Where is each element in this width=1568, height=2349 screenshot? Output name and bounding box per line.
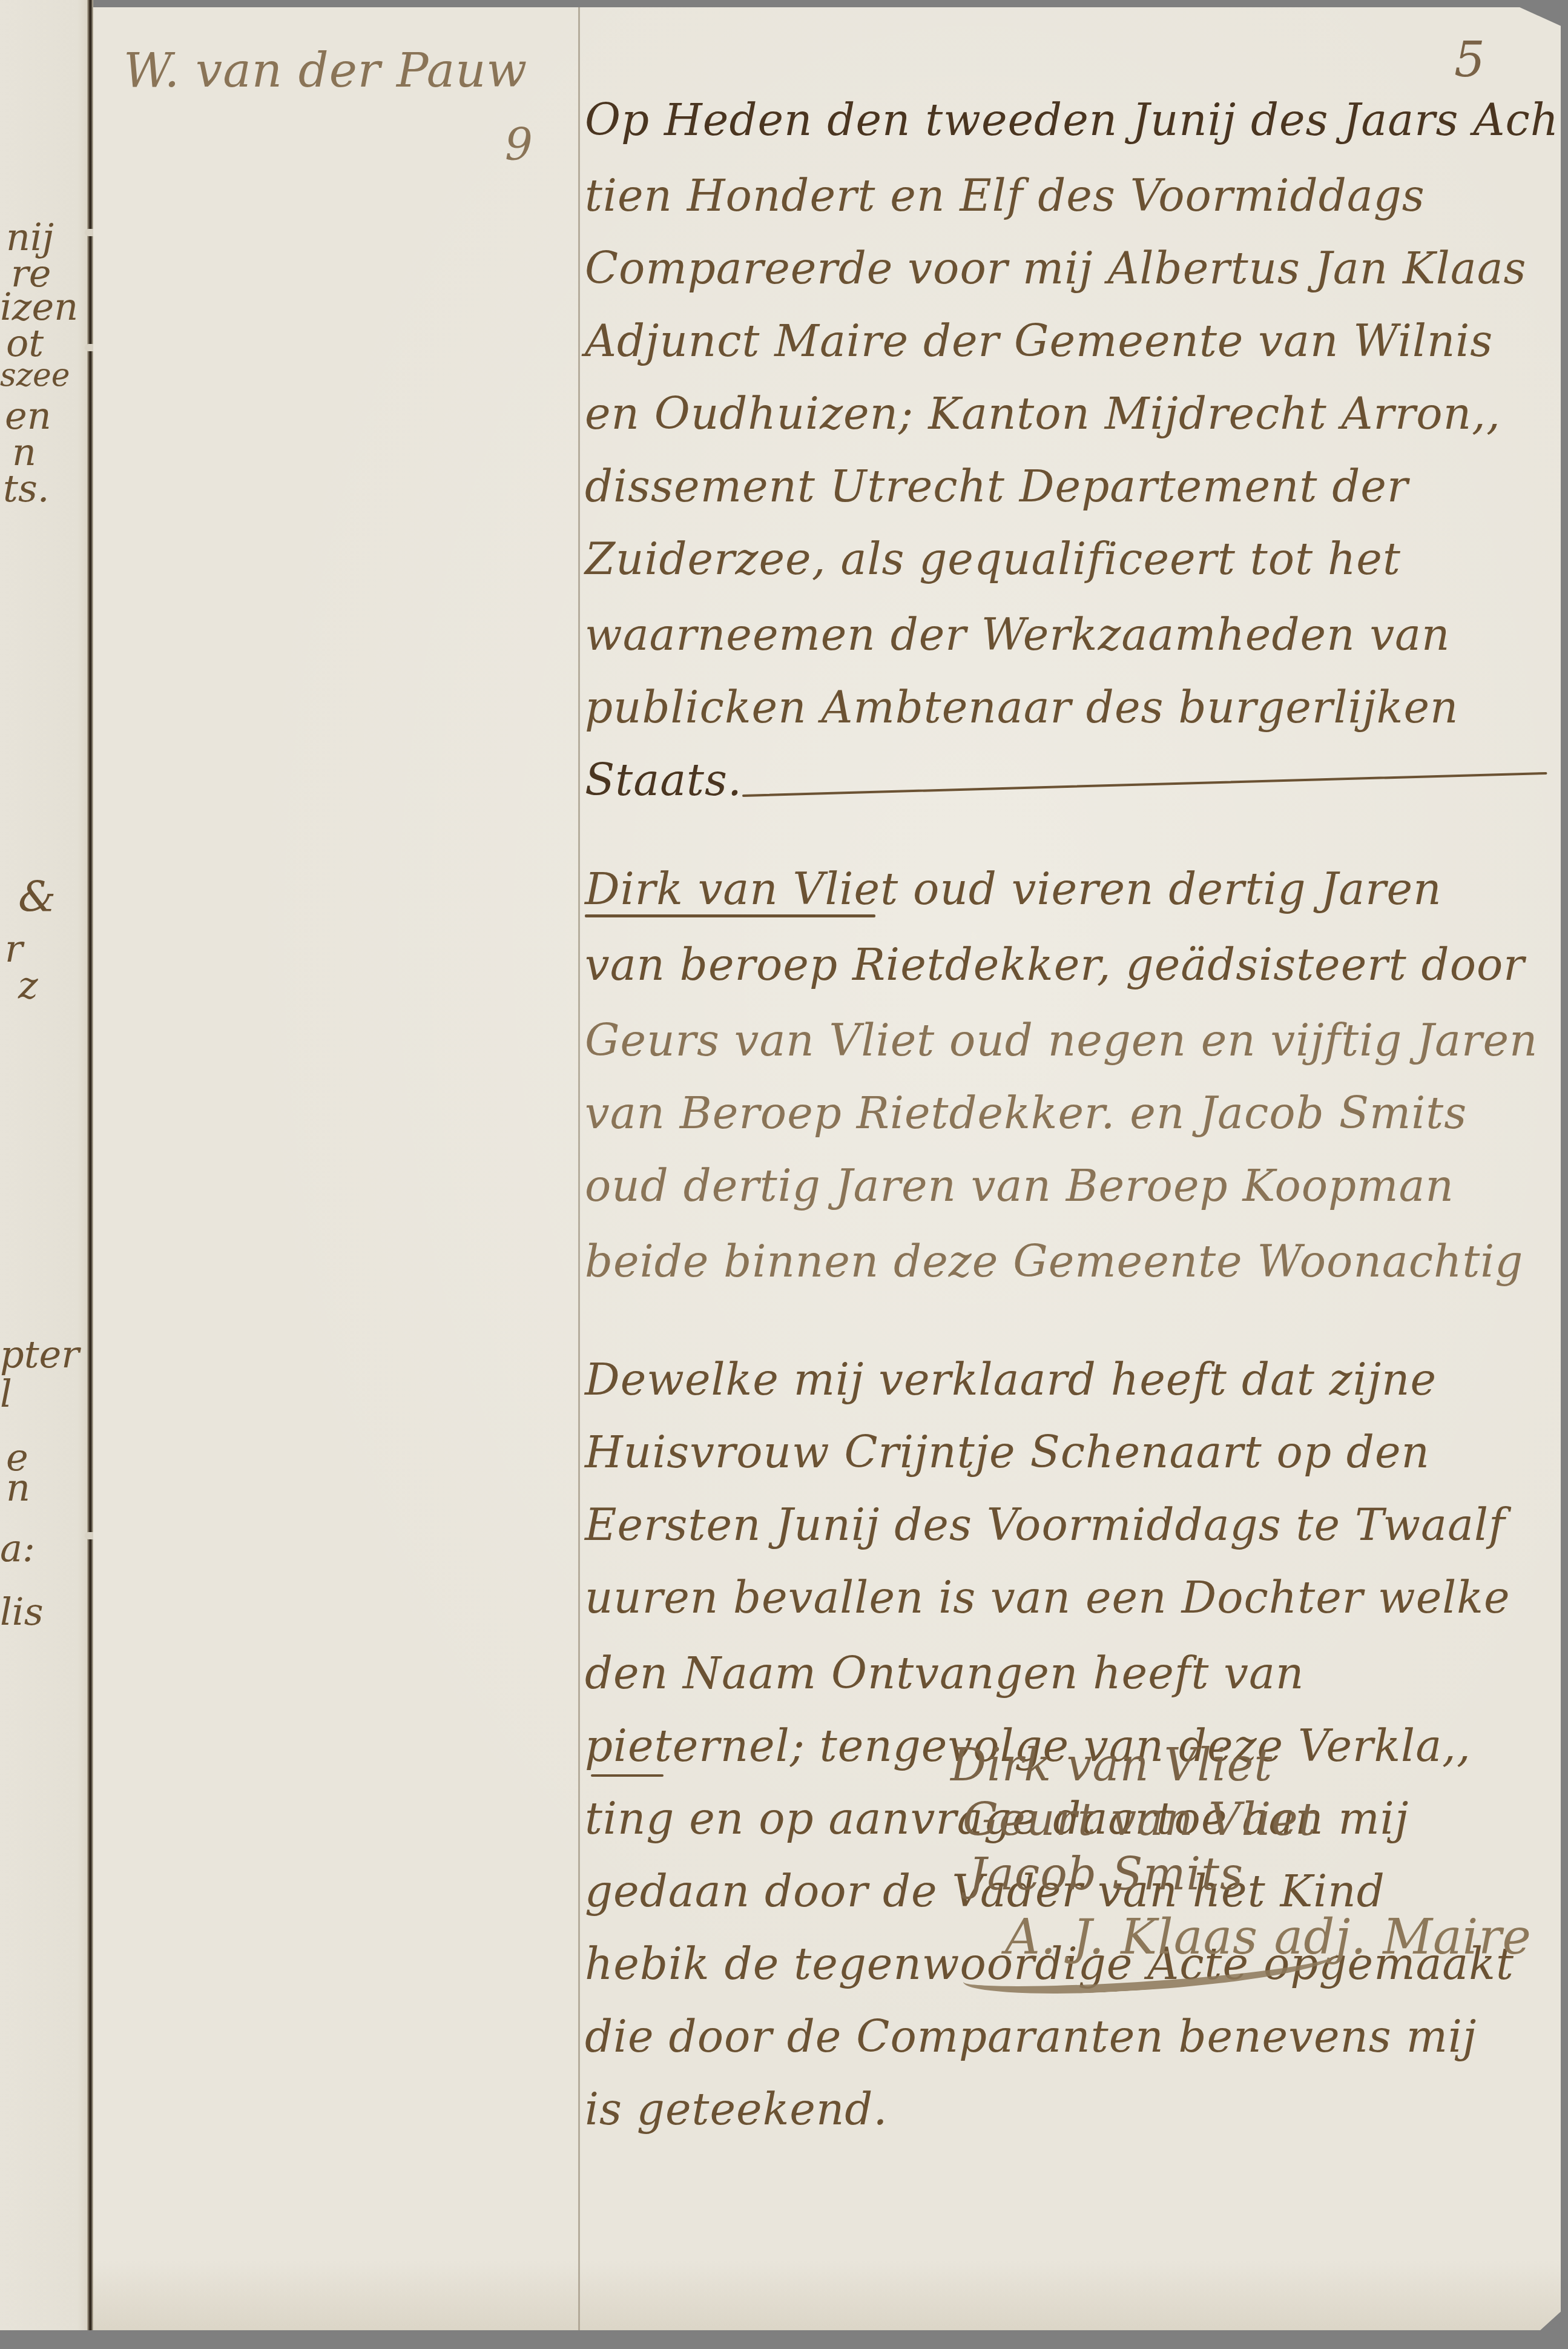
preamble-line: publicken Ambtenaar des burgerlijken xyxy=(585,686,1458,729)
record-number: 9 xyxy=(505,119,533,170)
preamble-line: Staats. xyxy=(585,758,742,802)
signature-witness-1: Geurt van Vliet xyxy=(963,1794,1317,1846)
left-page-text: pter xyxy=(0,1332,79,1376)
preamble-line: tien Hondert en Elf des Voormiddags xyxy=(585,174,1425,217)
declaration-line: Huisvrouw Crijntje Schenaart op den xyxy=(585,1430,1430,1474)
declarant-line: van Beroep Rietdekker. en Jacob Smits xyxy=(585,1091,1467,1135)
name-underline xyxy=(585,914,875,917)
preamble-line: Zuiderzee, als gequalificeert tot het xyxy=(585,537,1401,581)
declaration-line: den Naam Ontvangen heeft van xyxy=(585,1651,1304,1695)
left-page-text: l xyxy=(0,1372,12,1416)
preamble-line: waarneemen der Werkzaamheden van xyxy=(585,613,1450,656)
left-page-text: ts. xyxy=(3,466,49,510)
declaration-line: uuren bevallen is van een Dochter welke xyxy=(585,1576,1510,1619)
left-page-text: n xyxy=(6,1465,30,1510)
declarant-line: van beroep Rietdekker, geädsisteert door xyxy=(585,943,1525,986)
left-page-text: & xyxy=(18,872,56,922)
signature-father: Dirk van Vliet xyxy=(950,1739,1273,1791)
preamble-line: dissement Utrecht Departement der xyxy=(585,464,1408,508)
declarant-line: Geurs van Vliet oud negen en vijftig Jar… xyxy=(585,1019,1538,1062)
left-page-text: a: xyxy=(0,1526,35,1570)
left-page-text: lis xyxy=(0,1590,43,1634)
preamble-line: Adjunct Maire der Gemeente van Wilnis xyxy=(585,319,1493,363)
preamble-line: en Oudhuizen; Kanton Mijdrecht Arron,, xyxy=(585,392,1501,435)
declaration-line: is geteekend. xyxy=(585,2087,888,2131)
left-page-text: z xyxy=(18,963,38,1007)
declarant-line: Dirk van Vliet oud vieren dertig Jaren xyxy=(585,867,1442,911)
page-number: 5 xyxy=(1454,31,1486,88)
preamble-line: Compareerde voor mij Albertus Jan Klaas xyxy=(585,246,1527,290)
declaration-line: Dewelke mij verklaard heeft dat zijne xyxy=(585,1358,1437,1401)
margin-rule-line xyxy=(578,7,580,2330)
register-page: W. van der Pauw 9 5 Op Heden den tweeden… xyxy=(93,7,1561,2330)
declarant-line: beide binnen deze Gemeente Woonachtig xyxy=(585,1240,1523,1283)
margin-name: W. van der Pauw xyxy=(124,44,527,98)
preamble-line: Op Heden den tweeden Junij des Jaars Ach… xyxy=(585,98,1568,142)
signature-witness-2: Jacob Smits xyxy=(969,1848,1244,1900)
declaration-line: Eersten Junij des Voormiddags te Twaalf xyxy=(585,1503,1506,1547)
left-page-fragment: nij re izen ot szee en n ts. & r z pter … xyxy=(0,0,91,2330)
declarant-line: oud dertig Jaren van Beroep Koopman xyxy=(585,1164,1454,1208)
name-underline xyxy=(591,1774,664,1777)
signature-block: Dirk van Vliet Geurt van Vliet Jacob Smi… xyxy=(926,1715,1532,2030)
left-page-text: szee xyxy=(0,357,70,394)
